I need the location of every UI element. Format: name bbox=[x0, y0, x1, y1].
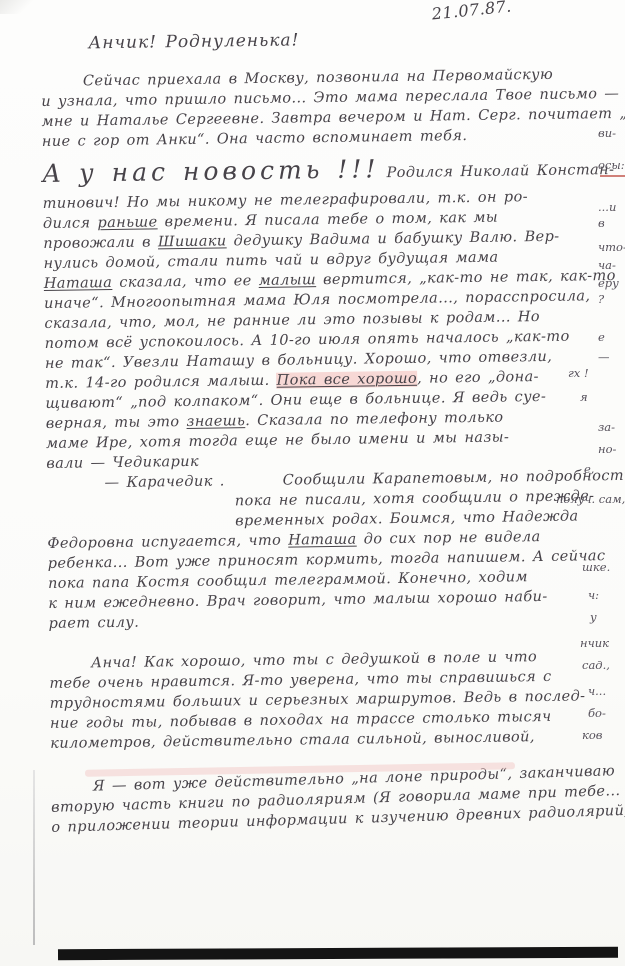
letter-salutation: Анчик! Роднуленька! bbox=[88, 26, 606, 61]
letter-text-segment: времени. Я писала тебе о том, как мы bbox=[157, 210, 498, 231]
letter-text-segment: Родился Николай Констан- bbox=[379, 162, 614, 181]
letter-text-segment: рает силу. bbox=[48, 615, 139, 632]
letter-text-segment: дился bbox=[43, 215, 98, 232]
letter-text-segment: Федоровна испугается, что bbox=[47, 533, 288, 552]
letter-text-segment: вертится, „как-то не так, как-то bbox=[316, 268, 616, 288]
letter-content: 21.07.87. Анчик! Роднуленька! Сейчас при… bbox=[40, 2, 618, 838]
scanner-edge-strip bbox=[58, 947, 618, 960]
red-pen-mark bbox=[600, 175, 625, 177]
letter-text-segment: ние с гор от Анки“. Она часто вспоминает… bbox=[42, 128, 468, 150]
scanned-page: 21.07.87. Анчик! Роднуленька! Сейчас при… bbox=[0, 0, 625, 966]
letter-text-segment: Наташа bbox=[44, 275, 113, 292]
letter-text-segment: вали — Чедикарик bbox=[46, 454, 199, 472]
page-edge-shadow bbox=[33, 770, 35, 945]
letter-text-segment: Пока все хорошо bbox=[277, 371, 418, 389]
letter-date: 21.07.87. bbox=[431, 0, 607, 28]
letter-text-segment: А у нас новость !!! bbox=[42, 154, 380, 188]
letter-text-segment: временных родах. Боимся, что Надежда bbox=[235, 509, 579, 530]
letter-text-segment: малыш bbox=[259, 272, 317, 289]
letter-text-segment: Наташа bbox=[288, 532, 357, 549]
letter-text-segment: — Карачедик . bbox=[105, 473, 225, 491]
letter-text-segment: дедушку Вадима и бабушку Валю. Вер- bbox=[226, 229, 559, 250]
letter-text-segment: провожали в bbox=[43, 234, 158, 252]
letter-text-segment: до сих пор не видела bbox=[357, 529, 541, 548]
letter-text-segment: раньше bbox=[97, 214, 157, 231]
letter-text-segment: знаешь bbox=[186, 413, 245, 430]
scan-corner-shade bbox=[0, 0, 36, 14]
letter-lines: Сейчас приехала в Москву, позвонила на П… bbox=[41, 64, 618, 838]
letter-text-segment: т.к. 14-го родился малыш. bbox=[45, 373, 277, 392]
letter-text-segment: Шишаки bbox=[158, 233, 227, 250]
letter-text-segment: верная, ты это bbox=[46, 414, 187, 432]
letter-text-segment: . Сказала по телефону только bbox=[245, 410, 504, 430]
letter-text-segment: сказала, что ее bbox=[112, 273, 259, 291]
letter-text-segment: , но его „дона- bbox=[417, 369, 539, 387]
letter-text-segment: километров, действительно стала сильной,… bbox=[50, 729, 535, 752]
